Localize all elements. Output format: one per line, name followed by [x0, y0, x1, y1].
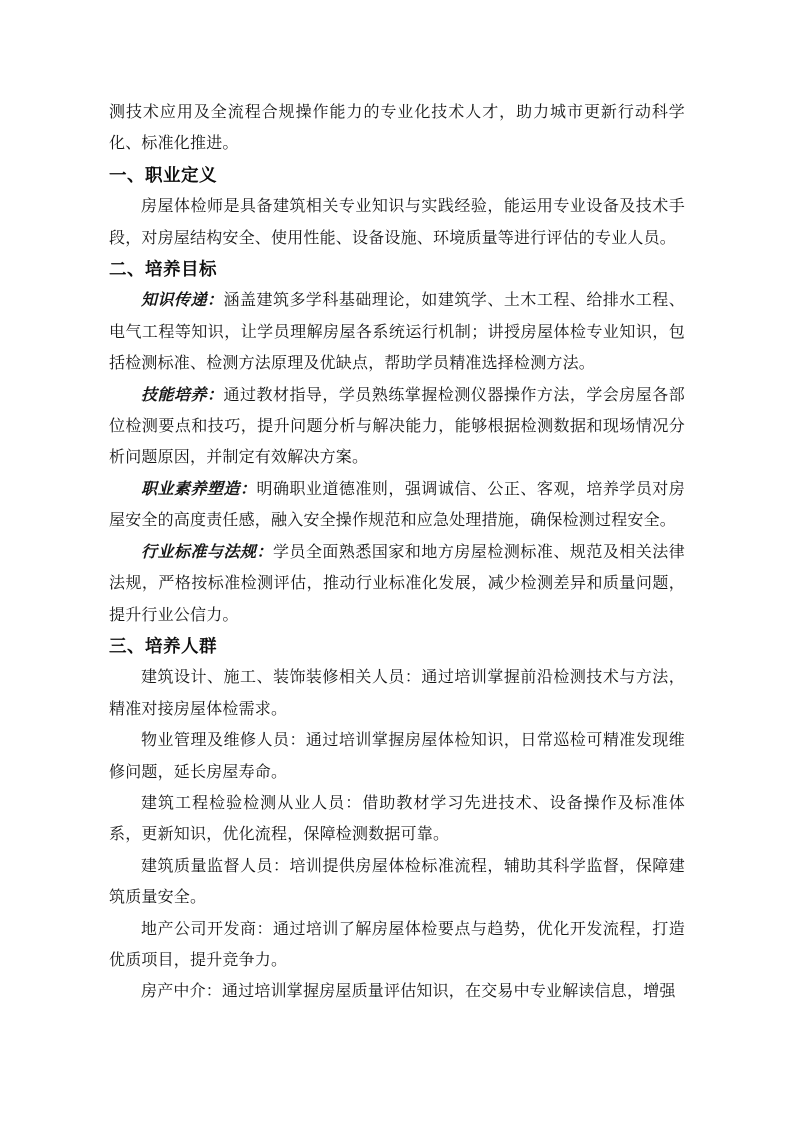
paragraph: 建筑设计、施工、装饰装修相关人员：通过培训掌握前沿检测技术与方法，精准对接房屋体…	[109, 662, 685, 725]
document-page: 测技术应用及全流程合规操作能力的专业化技术人才，助力城市更新行动科学化、标准化推…	[0, 0, 794, 1123]
paragraph: 测技术应用及全流程合规操作能力的专业化技术人才，助力城市更新行动科学化、标准化推…	[109, 97, 685, 160]
paragraph-lead-label: 技能培养：	[141, 387, 223, 404]
paragraph: 房产中介：通过培训掌握房屋质量评估知识，在交易中专业解读信息，增强	[109, 976, 685, 1007]
paragraph: 职业素养塑造：明确职业道德准则，强调诚信、公正、客观，培养学员对房屋安全的高度责…	[109, 474, 685, 537]
paragraph-lead-label: 知识传递：	[141, 292, 223, 309]
paragraph: 技能培养：通过教材指导，学员熟练掌握检测仪器操作方法，学会房屋各部位检测要点和技…	[109, 380, 685, 474]
paragraph-lead-label: 职业素养塑造：	[141, 481, 256, 498]
paragraph: 行业标准与法规：学员全面熟悉国家和地方房屋检测标准、规范及相关法律法规，严格按标…	[109, 537, 685, 631]
paragraph: 地产公司开发商：通过培训了解房屋体检要点与趋势，优化开发流程，打造优质项目，提升…	[109, 914, 685, 977]
section-heading: 三、培养人群	[109, 631, 685, 662]
paragraph: 建筑质量监督人员：培训提供房屋体检标准流程，辅助其科学监督，保障建筑质量安全。	[109, 851, 685, 914]
section-heading: 二、培养目标	[109, 254, 685, 285]
paragraph: 知识传递：涵盖建筑多学科基础理论，如建筑学、土木工程、给排水工程、电气工程等知识…	[109, 285, 685, 379]
paragraph-lead-label: 行业标准与法规：	[141, 544, 273, 561]
paragraph: 物业管理及维修人员：通过培训掌握房屋体检知识，日常巡检可精准发现维修问题，延长房…	[109, 725, 685, 788]
document-content: 测技术应用及全流程合规操作能力的专业化技术人才，助力城市更新行动科学化、标准化推…	[109, 97, 685, 1008]
section-heading: 一、职业定义	[109, 160, 685, 191]
paragraph: 房屋体检师是具备建筑相关专业知识与实践经验，能运用专业设备及技术手段，对房屋结构…	[109, 191, 685, 254]
paragraph: 建筑工程检验检测从业人员：借助教材学习先进技术、设备操作及标准体系，更新知识，优…	[109, 788, 685, 851]
